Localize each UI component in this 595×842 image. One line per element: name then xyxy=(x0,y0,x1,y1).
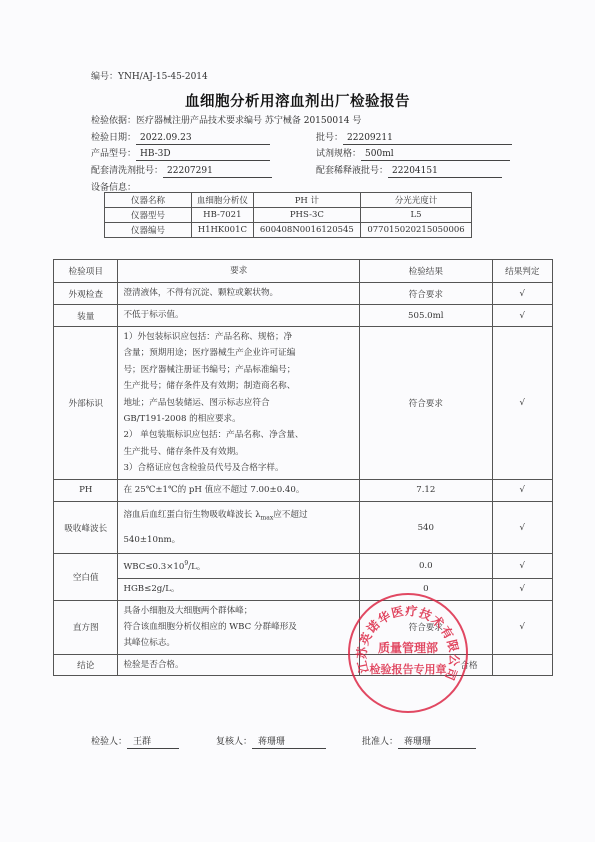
reviewer-name: 蒋珊珊 xyxy=(252,737,326,749)
cleaner-batch-field: 配套清洗剂批号：22207291 xyxy=(91,163,272,178)
equipment-row: 仪器名称 血细胞分析仪 PH 计 分光光度计 xyxy=(105,193,472,208)
equipment-cell: 600408N0016120545 xyxy=(253,223,360,238)
requirement-text: /L。 xyxy=(188,562,205,572)
result-cell: 符合要求 xyxy=(360,283,493,305)
table-row: PH 在 25℃±1℃的 pH 值应不超过 7.00±0.40。 7.12 √ xyxy=(54,479,553,501)
result-cell: 0 xyxy=(360,578,493,600)
table-row: 吸收峰波长 溶血后血红蛋白衍生物吸收峰波长 λmax应不超过 540±10nm。… xyxy=(54,501,553,554)
inspection-basis: 检验依据：医疗器械注册产品技术要求编号 苏宁械备 20150014 号 xyxy=(91,113,361,126)
result-cell: 符合要求 xyxy=(360,600,493,654)
doc-number-value: YNH/AJ-15-45-2014 xyxy=(118,72,208,82)
judgement-check: √ xyxy=(492,305,552,327)
table-row: 结论 检验是否合格。 合格 xyxy=(54,654,553,675)
requirement-line: 3）合格证应包含检验员代号及合格字样。 xyxy=(123,460,354,476)
approver-label: 批准人： xyxy=(362,737,398,747)
item-cell: 外部标识 xyxy=(54,327,118,480)
requirement-line: 生产批号、储存条件及有效期。 xyxy=(123,444,354,460)
result-cell: 7.12 xyxy=(360,479,493,501)
cleaner-batch-value: 22207291 xyxy=(163,166,272,178)
diluent-batch-value: 22204151 xyxy=(388,166,502,178)
result-cell: 505.0ml xyxy=(360,305,493,327)
judgement-check: √ xyxy=(492,600,552,654)
equipment-cell: PH 计 xyxy=(253,193,360,208)
judgement-check: √ xyxy=(492,554,552,578)
equipment-cell: L5 xyxy=(361,208,472,223)
requirement-line: 1）外包装标识应包括：产品名称、规格；净 xyxy=(123,329,354,345)
table-row: 外部标识 1）外包装标识应包括：产品名称、规格；净 含量；预期用途；医疗器械生产… xyxy=(54,327,553,480)
requirement-line: 地址；产品包装储运、图示标志应符合 xyxy=(123,395,354,411)
document-number: 编号：YNH/AJ-15-45-2014 xyxy=(91,69,208,82)
requirement-cell: 溶血后血红蛋白衍生物吸收峰波长 λmax应不超过 540±10nm。 xyxy=(118,501,360,554)
header-item: 检验项目 xyxy=(54,260,118,283)
item-cell: PH xyxy=(54,479,118,501)
model-value: HB-3D xyxy=(136,149,270,161)
model-field: 产品型号：HB-3D xyxy=(91,146,270,161)
batch-label: 批号： xyxy=(316,133,343,143)
requirement-cell: 澄清液体，不得有沉淀、颗粒或絮状物。 xyxy=(118,283,360,305)
cleaner-batch-label: 配套清洗剂批号： xyxy=(91,166,163,176)
reviewer-signature: 复核人：蒋珊珊 xyxy=(216,734,326,749)
spec-label: 试剂规格： xyxy=(316,149,361,159)
result-cell: 合格 xyxy=(360,654,493,675)
judgement-check xyxy=(492,654,552,675)
reviewer-label: 复核人： xyxy=(216,737,252,747)
inspection-header-row: 检验项目 要求 检验结果 结果判定 xyxy=(54,260,553,283)
item-cell: 空白值 xyxy=(54,554,118,600)
inspection-table: 检验项目 要求 检验结果 结果判定 外观检查 澄清液体，不得有沉淀、颗粒或絮状物… xyxy=(53,259,553,676)
table-row: 直方图 具备小细胞及大细胞两个群体峰； 符合该血细胞分析仪相应的 WBC 分群峰… xyxy=(54,600,553,654)
requirement-line: 具备小细胞及大细胞两个群体峰； xyxy=(123,603,354,619)
requirement-cell: WBC≤0.3×109/L。 xyxy=(118,554,360,578)
table-row: 装量 不低于标示值。 505.0ml √ xyxy=(54,305,553,327)
judgement-check: √ xyxy=(492,578,552,600)
diluent-batch-label: 配套稀释液批号： xyxy=(316,166,388,176)
requirement-text: 溶血后血红蛋白衍生物吸收峰波长 λ xyxy=(123,510,260,520)
table-row: 空白值 WBC≤0.3×109/L。 0.0 √ xyxy=(54,554,553,578)
item-cell: 直方图 xyxy=(54,600,118,654)
result-cell: 0.0 xyxy=(360,554,493,578)
requirement-line: 2） 单包装瓶标识应包括：产品名称、净含量、 xyxy=(123,427,354,443)
result-cell: 540 xyxy=(360,501,493,554)
requirement-line: GB/T191-2008 的相应要求。 xyxy=(123,411,354,427)
header-requirement: 要求 xyxy=(118,260,360,283)
equipment-row: 仪器型号 HB-7021 PHS-3C L5 xyxy=(105,208,472,223)
spec-value: 500ml xyxy=(361,149,510,161)
batch-value: 22209211 xyxy=(343,133,512,145)
equipment-cell: 仪器名称 xyxy=(105,193,192,208)
result-cell: 符合要求 xyxy=(360,327,493,480)
spec-field: 试剂规格：500ml xyxy=(316,146,510,161)
equipment-row: 仪器编号 H1HK001C 600408N0016120545 07701502… xyxy=(105,223,472,238)
equipment-cell: 分光光度计 xyxy=(361,193,472,208)
header-judgement: 结果判定 xyxy=(492,260,552,283)
equipment-cell: 血细胞分析仪 xyxy=(192,193,254,208)
inspection-date-field: 检验日期：2022.09.23 xyxy=(91,130,270,145)
requirement-line: 符合该血细胞分析仪相应的 WBC 分群峰形及 xyxy=(123,619,354,635)
item-cell: 外观检查 xyxy=(54,283,118,305)
equipment-table: 仪器名称 血细胞分析仪 PH 计 分光光度计 仪器型号 HB-7021 PHS-… xyxy=(104,192,472,238)
item-cell: 结论 xyxy=(54,654,118,675)
approver-signature: 批准人：蒋珊珊 xyxy=(362,734,476,749)
judgement-check: √ xyxy=(492,327,552,480)
requirement-cell: 检验是否合格。 xyxy=(118,654,360,675)
inspector-label: 检验人： xyxy=(91,737,127,747)
item-cell: 吸收峰波长 xyxy=(54,501,118,554)
batch-field: 批号：22209211 xyxy=(316,130,512,145)
requirement-cell: 不低于标示值。 xyxy=(118,305,360,327)
diluent-batch-field: 配套稀释液批号：22204151 xyxy=(316,163,502,178)
approver-name: 蒋珊珊 xyxy=(398,737,476,749)
requirement-line: 号；医疗器械注册证书编号；产品标准编号； xyxy=(123,362,354,378)
table-row: 外观检查 澄清液体，不得有沉淀、颗粒或絮状物。 符合要求 √ xyxy=(54,283,553,305)
inspection-date-label: 检验日期： xyxy=(91,133,136,143)
item-cell: 装量 xyxy=(54,305,118,327)
inspection-report-page: 编号：YNH/AJ-15-45-2014 血细胞分析用溶血剂出厂检验报告 检验依… xyxy=(0,0,595,842)
requirement-cell: 在 25℃±1℃的 pH 值应不超过 7.00±0.40。 xyxy=(118,479,360,501)
equipment-cell: 仪器型号 xyxy=(105,208,192,223)
judgement-check: √ xyxy=(492,479,552,501)
equipment-cell: H1HK001C xyxy=(192,223,254,238)
equipment-cell: 077015020215050006 xyxy=(361,223,472,238)
inspector-signature: 检验人：王群 xyxy=(91,734,179,749)
report-title: 血细胞分析用溶血剂出厂检验报告 xyxy=(0,90,595,111)
model-label: 产品型号： xyxy=(91,149,136,159)
equipment-cell: PHS-3C xyxy=(253,208,360,223)
requirement-line: 含量；预期用途；医疗器械生产企业许可证编 xyxy=(123,345,354,361)
requirement-cell: 具备小细胞及大细胞两个群体峰； 符合该血细胞分析仪相应的 WBC 分群峰形及 其… xyxy=(118,600,360,654)
requirement-line: 其峰位标志。 xyxy=(123,635,354,651)
table-row: HGB≤2g/L。 0 √ xyxy=(54,578,553,600)
equipment-cell: HB-7021 xyxy=(192,208,254,223)
header-result: 检验结果 xyxy=(360,260,493,283)
inspector-name: 王群 xyxy=(127,737,179,749)
requirement-line: 生产批号；储存条件及有效期；制造商名称、 xyxy=(123,378,354,394)
doc-number-label: 编号： xyxy=(91,72,118,82)
equipment-cell: 仪器编号 xyxy=(105,223,192,238)
requirement-cell: 1）外包装标识应包括：产品名称、规格；净 含量；预期用途；医疗器械生产企业许可证… xyxy=(118,327,360,480)
lambda-subscript: max xyxy=(261,514,274,521)
judgement-check: √ xyxy=(492,501,552,554)
judgement-check: √ xyxy=(492,283,552,305)
inspection-date-value: 2022.09.23 xyxy=(136,133,270,145)
requirement-text: WBC≤0.3×10 xyxy=(123,562,184,572)
requirement-cell: HGB≤2g/L。 xyxy=(118,578,360,600)
